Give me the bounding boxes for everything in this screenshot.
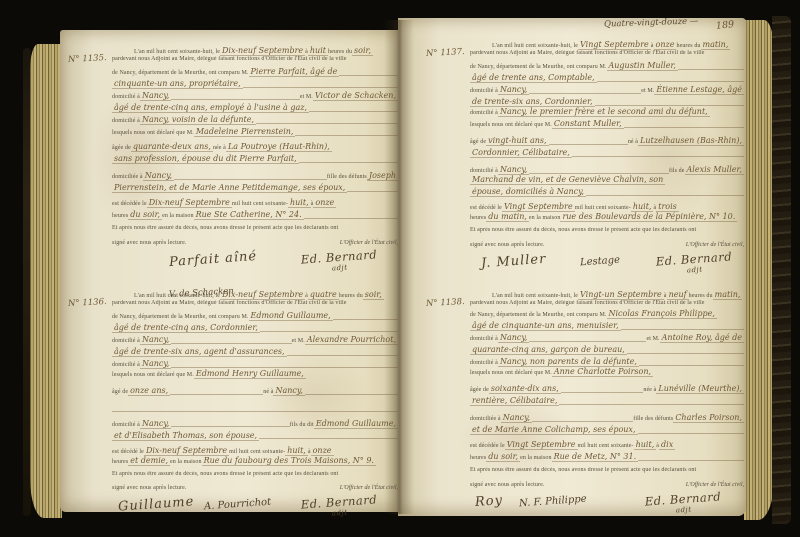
form-line: âgé de trente ans, Comptable, — [470, 71, 744, 83]
printed-form-text: signé avec nous après lecture. — [112, 485, 186, 491]
printed-form-text: mil huit cent soixante- — [578, 443, 634, 449]
handwritten-text: Vingt Septembre — [578, 40, 651, 50]
closing-text-line2: signé avec nous après lecture. L'Officie… — [112, 235, 398, 246]
printed-form-text: en la maison — [170, 459, 202, 465]
printed-form-text: lesquels nous ont déclaré que M. — [470, 370, 552, 376]
record-number: N° 1138. — [426, 297, 465, 309]
printed-form-text: fils du dit — [290, 422, 314, 428]
handwritten-text: huit, — [631, 202, 654, 212]
closing-text-line1: Et après nous être assuré du décès, nous… — [470, 227, 744, 236]
handwritten-text: du soir, — [486, 452, 520, 462]
closing-text-line1: Et après nous être assuré du décès, nous… — [112, 225, 398, 234]
ruled-blank-line — [243, 77, 398, 87]
handwritten-text: Lutzelhausen (Bas-Rhin), — [638, 136, 744, 146]
ruled-blank-line — [309, 101, 398, 111]
form-line: de Nancy, département de la Meurthe, ont… — [470, 59, 744, 71]
book-binding-right — [772, 16, 791, 524]
printed-form-text: est décédé le — [470, 205, 502, 211]
form-line: âgé de trente-cinq ans, Cordonnier, — [112, 321, 398, 333]
handwritten-text: rentière, Célibataire, — [470, 396, 559, 406]
printed-form-text: mil huit cent soixante- — [229, 449, 285, 455]
handwritten-text: Dix-neuf Septembre — [144, 446, 229, 456]
handwritten-text: matin, — [701, 40, 731, 50]
printed-form-text: et M. — [646, 336, 659, 342]
ruled-blank-line — [171, 417, 289, 427]
ruled-blank-line — [339, 65, 398, 75]
handwritten-text: trois — [656, 202, 679, 212]
witness-signature: N. F. Philippe — [519, 493, 587, 509]
closing-text-line2: signé avec nous après lecture. L'Officie… — [470, 237, 744, 248]
form-line: L'an mil huit cent soixante-huit, le Dix… — [112, 46, 398, 56]
signature-title: adjt — [657, 263, 734, 276]
ruled-blank-line — [549, 134, 628, 144]
printed-form-text: pardevant nous Adjoint au Maire, délégué… — [112, 300, 347, 306]
form-line: domicilié à Nancy, et M. Étienne Lestage… — [470, 83, 744, 95]
ruled-blank-line — [529, 83, 641, 93]
printed-form-text: fille des défunts — [633, 416, 673, 422]
death-record: N° 1137.L'an mil huit cent soixante-huit… — [470, 40, 744, 292]
handwritten-text: Anne Charlotte Poirson, — [552, 367, 653, 377]
form-line: domicilié à Nancy, le premier frère et l… — [470, 107, 744, 117]
form-line: quarante-cinq ans, garçon de bureau, — [470, 343, 744, 355]
signatures-row: Parfait aînéEd. BernardadjtV. de Schacke… — [112, 248, 398, 290]
signatures-row: GuillaumeA. PourrichotEd. Bernardadjt — [112, 493, 398, 535]
printed-form-text: domicilié à — [112, 338, 140, 344]
death-record: N° 1138.L'an mil huit cent soixante-huit… — [470, 290, 744, 532]
handwritten-text: neuf — [667, 290, 689, 300]
form-line: domicilié à Nancy, et M. Antoine Roy, âg… — [470, 331, 744, 343]
handwritten-text: Edmond Guillaume, — [249, 311, 333, 321]
form-line: domicilié à Nancy, fils du dit Edmond Gu… — [112, 417, 398, 429]
handwritten-text: quarante-deux ans, — [131, 142, 213, 152]
handwritten-text: Nancy, — [498, 333, 529, 343]
handwritten-text: Augustin Muller, — [607, 61, 678, 71]
printed-form-text: de Nancy, département de la Meurthe, ont… — [112, 70, 249, 76]
handwritten-text: dix — [659, 440, 675, 450]
handwritten-text: Edmond Henry Guillaume, — [194, 369, 306, 379]
form-line: heures et demie, en la maison Rue du fau… — [112, 456, 398, 466]
form-line: âgé de trente-cinq ans, employé à l'usin… — [112, 101, 398, 113]
form-line: Marchand de vin, et de Geneviève Chalvin… — [470, 175, 744, 185]
handwritten-text: Nancy, le premier frère et le second ami… — [498, 107, 710, 117]
spacer — [186, 235, 339, 244]
handwritten-text: âgé de trente-six ans, agent d'assurance… — [112, 347, 287, 357]
printed-form-text: de Nancy, département de la Meurthe, ont… — [470, 312, 607, 318]
ruled-blank-line — [304, 208, 398, 218]
form-line: domiciliée à Nancy, fille des défunts Ch… — [470, 411, 744, 423]
ruled-blank-line — [624, 117, 744, 127]
witness-signature: J. Muller — [481, 252, 547, 272]
printed-form-text: fils de — [669, 168, 685, 174]
printed-form-text: mil huit cent soixante- — [575, 205, 631, 211]
printed-form-text: est décédée le — [112, 201, 147, 207]
ruled-blank-line — [638, 450, 744, 460]
handwritten-text: de trente-six ans, Cordonnier, — [470, 97, 595, 107]
form-line: de Nancy, département de la Meurthe, ont… — [112, 65, 398, 77]
form-line: pardevant nous Adjoint au Maire, délégué… — [112, 56, 398, 65]
handwritten-text: Nancy, — [140, 335, 171, 345]
closing-text-line1: Et après nous être assuré du décès, nous… — [112, 471, 398, 480]
handwritten-text: âgé de cinquante-un ans, menuisier, — [470, 321, 621, 331]
printed-form-text: âgée de — [470, 387, 489, 393]
handwritten-text: sans profession, épouse du dit Pierre Pa… — [112, 154, 299, 164]
handwritten-text: et de Marie Anne Colichamp, ses époux, — [470, 425, 638, 435]
printed-form-text: domicilié à — [470, 336, 498, 342]
officer-signature: Ed. Bernardadjt — [300, 493, 378, 520]
spacer — [544, 477, 685, 486]
ruled-blank-line — [678, 59, 744, 69]
printed-form-text: heures du — [676, 43, 700, 49]
record-number: N° 1135. — [68, 53, 107, 65]
handwritten-text: Cordonnier, Célibataire, — [470, 148, 572, 158]
form-line: et d'Elisabeth Thomas, son épouse, — [112, 429, 398, 441]
page-stack-edge-left — [30, 44, 62, 518]
officer-label: L'Officier de l'État civil, — [686, 242, 744, 248]
handwritten-text: soir, — [352, 46, 373, 56]
form-line: est décédé le Vingt Septembre mil huit c… — [470, 202, 744, 212]
printed-form-text: heures du — [689, 293, 713, 299]
form-line: lesquels nous ont déclaré que M. Anne Ch… — [470, 367, 744, 377]
closing-text-line1: Et après nous être assuré du décès, nous… — [470, 467, 744, 476]
handwritten-text: quarante-cinq ans, garçon de bureau, — [470, 345, 627, 355]
officer-signature: Ed. Bernardadjt — [645, 489, 723, 516]
handwritten-text: Nancy, — [143, 171, 174, 181]
handwritten-text: Victor de Schacken, — [313, 91, 398, 101]
handwritten-text: Vingt-un Septembre — [578, 290, 664, 300]
printed-form-text: en la maison — [520, 455, 552, 461]
form-line: pardevant nous Adjoint au Maire, délégué… — [470, 50, 744, 59]
printed-form-text: domicilié à — [470, 110, 498, 116]
printed-form-text: L'an mil huit cent soixante-huit, le — [492, 293, 578, 299]
printed-form-text: lesquels nous ont déclaré que M. — [112, 372, 194, 378]
form-line: domicilié à Nancy, et M. Alexandre Pourr… — [112, 333, 398, 345]
handwritten-text: du matin, — [486, 212, 529, 222]
handwritten-text: et d'Elisabeth Thomas, son épouse, — [112, 431, 259, 441]
ruled-blank-line — [170, 384, 263, 394]
handwritten-text: Edmond Guillaume, — [314, 419, 398, 429]
printed-form-text: Et après nous être assuré du décès, nous… — [470, 467, 696, 473]
printed-form-text: âgé de — [470, 139, 486, 145]
page-stack-edge-right — [744, 20, 774, 520]
printed-form-text: est décédé le — [112, 449, 144, 455]
printed-form-text: heures — [470, 215, 486, 221]
ruled-blank-line — [256, 113, 398, 123]
printed-form-text: mil huit cent soixante- — [232, 201, 288, 207]
printed-form-text: signé avec nous après lecture. — [470, 482, 544, 488]
handwritten-text: onze — [313, 198, 336, 208]
ruled-blank-line — [595, 95, 744, 105]
closing-text-line2: signé avec nous après lecture. L'Officie… — [470, 477, 744, 488]
handwritten-text: Pierre Parfait, âgé de — [249, 67, 340, 77]
handwritten-text: Nancy, — [498, 165, 529, 175]
witness-signature: A. Pourrichot — [203, 497, 271, 513]
handwritten-text: huit, — [288, 198, 311, 208]
handwritten-text: Vingt Septembre — [505, 440, 578, 450]
handwritten-text: Joseph — [367, 171, 398, 181]
ruled-blank-line — [112, 401, 398, 411]
printed-form-text: en la maison — [162, 213, 194, 219]
form-line: Pierrenstein, et de Marie Anne Petitdema… — [112, 181, 398, 193]
ruled-blank-line — [639, 355, 744, 365]
printed-form-text: L'an mil huit cent soixante-huit, le — [134, 293, 220, 299]
printed-form-text: né à — [628, 139, 638, 145]
signatures-row: RoyN. F. PhilippeEd. Bernardadjt — [470, 490, 744, 532]
printed-form-text: née à — [643, 387, 656, 393]
form-line: de Nancy, département de la Meurthe, ont… — [112, 309, 398, 321]
form-line: sans profession, épouse du dit Pierre Pa… — [112, 152, 398, 164]
printed-form-text: de Nancy, département de la Meurthe, ont… — [112, 314, 249, 320]
handwritten-text: huit, — [285, 446, 308, 456]
form-line: heures du matin, en la maison rue des Bo… — [470, 212, 744, 222]
witness-signature: Guillaume — [117, 495, 194, 515]
signature-title: adjt — [646, 503, 723, 516]
printed-form-text: L'an mil huit cent soixante-huit, le — [134, 49, 220, 55]
printed-form-text: née à — [213, 145, 226, 151]
handwritten-text: vingt-huit ans, — [486, 136, 548, 146]
death-record: N° 1136.L'an mil huit cent soixante-huit… — [112, 290, 398, 535]
handwritten-text: et demie, — [128, 456, 170, 466]
officer-label: L'Officier de l'État civil, — [340, 240, 398, 246]
form-line: L'an mil huit cent soixante-huit, le Vin… — [470, 290, 744, 300]
ruled-blank-line — [171, 357, 398, 367]
printed-form-text: domicilié à — [112, 362, 140, 368]
form-line: de Nancy, département de la Meurthe, ont… — [470, 309, 744, 319]
form-line: âgé de vingt-huit ans, né à Lutzelhausen… — [470, 134, 744, 146]
form-line: est décédée le Vingt Septembre mil huit … — [470, 440, 744, 450]
printed-form-text: lesquels nous ont déclaré que M. — [470, 122, 552, 128]
form-line: lesquels nous ont déclaré que M. Madelei… — [112, 125, 398, 137]
printed-form-text: signé avec nous après lecture. — [112, 240, 186, 246]
handwritten-text: matin, — [713, 290, 743, 300]
signatures-row: J. MullerLestageEd. Bernardadjt — [470, 250, 744, 292]
witness-signature: Parfait aîné — [169, 249, 258, 270]
handwritten-text: cinquante-un ans, propriétaire, — [112, 79, 243, 89]
officer-label: L'Officier de l'État civil, — [340, 485, 398, 491]
witness-signature: Lestage — [579, 254, 620, 268]
form-line: âgé de onze ans, né à Nancy, — [112, 384, 398, 396]
form-line: de trente-six ans, Cordonnier, — [470, 95, 744, 107]
ruled-blank-line — [559, 394, 744, 404]
ruled-blank-line — [171, 89, 299, 99]
handwritten-text: Étienne Lestage, âgé — [654, 85, 744, 95]
printed-form-text: né à — [263, 389, 273, 395]
printed-form-text: et M. — [641, 88, 654, 94]
ruled-blank-line — [299, 152, 398, 162]
officer-signature: Ed. Bernardadjt — [300, 247, 378, 274]
form-line: domiciliée à Nancy, fille des défunts Jo… — [112, 169, 398, 181]
handwritten-text: Lunéville (Meurthe), — [656, 384, 744, 394]
handwritten-text: huit — [308, 46, 328, 56]
ruled-blank-line — [171, 333, 291, 343]
register-book-photo: Quatre-vingt-douze — 189 N° 1135.L'an mi… — [0, 0, 800, 537]
printed-form-text: âgée de — [112, 145, 131, 151]
printed-form-text: fille des défunts — [327, 174, 367, 180]
printed-form-text: est décédée le — [470, 443, 505, 449]
handwritten-text: rue des Boulevards de la Pépinière, N° 1… — [560, 212, 737, 222]
record-number: N° 1136. — [68, 297, 107, 309]
printed-form-text: Et après nous être assuré du décès, nous… — [112, 471, 338, 477]
ruled-blank-line — [174, 169, 327, 179]
signature-title: adjt — [301, 507, 378, 520]
record-number: N° 1137. — [426, 47, 465, 59]
printed-form-text: domicilié à — [470, 168, 498, 174]
witness-signature: Roy — [475, 493, 504, 510]
ruled-blank-line — [305, 384, 398, 394]
handwritten-text: Nancy, — [140, 359, 171, 369]
form-line: âgée de soixante-dix ans, née à Lunévill… — [470, 382, 744, 394]
ruled-blank-line — [572, 146, 744, 156]
handwritten-text: Charles Poirson, — [673, 413, 744, 423]
handwritten-text: Dix-neuf Septembre — [220, 290, 305, 300]
handwritten-text: Nancy, — [273, 386, 304, 396]
form-line: épouse, domiciliés à Nancy, — [470, 185, 744, 197]
handwritten-text: Nancy, — [498, 85, 529, 95]
printed-form-text: et M. — [300, 94, 313, 100]
folio-number: 189 — [715, 19, 734, 32]
handwritten-text: Marchand de vin, et de Geneviève Chalvin… — [470, 175, 665, 185]
form-line: heures du soir, en la maison Rue Ste Cat… — [112, 208, 398, 220]
ruled-blank-line — [621, 319, 744, 329]
handwritten-text: Alexandre Pourrichot, — [305, 335, 398, 345]
handwritten-text: Dix-neuf Septembre — [220, 46, 305, 56]
handwritten-text: Alexis Muller, — [685, 165, 744, 175]
handwritten-text: épouse, domiciliés à Nancy, — [470, 187, 586, 197]
form-line: cinquante-un ans, propriétaire, — [112, 77, 398, 89]
printed-form-text: domicilié à — [112, 94, 140, 100]
officer-signature: Ed. Bernardadjt — [656, 249, 734, 276]
form-line: pardevant nous Adjoint au Maire, délégué… — [470, 300, 744, 309]
death-record: N° 1135.L'an mil huit cent soixante-huit… — [112, 46, 398, 290]
ruled-blank-line — [627, 343, 744, 353]
printed-form-text: en la maison — [529, 215, 561, 221]
handwritten-text: huit, — [634, 440, 657, 450]
ruled-blank-line — [529, 331, 646, 341]
ruled-blank-line — [561, 382, 644, 392]
handwritten-text: Nancy, — [501, 413, 532, 423]
form-line: et de Marie Anne Colichamp, ses époux, — [470, 423, 744, 435]
handwritten-text: du soir, — [128, 210, 162, 220]
printed-form-text: domiciliée à — [112, 174, 143, 180]
spacer — [544, 237, 685, 246]
printed-form-text: Et après nous être assuré du décès, nous… — [470, 227, 696, 233]
ruled-blank-line — [586, 185, 744, 195]
printed-form-text: heures — [112, 459, 128, 465]
handwritten-text: soir, — [363, 290, 384, 300]
handwritten-text: âgé de trente-cinq ans, Cordonnier, — [112, 323, 260, 333]
ruled-blank-line — [287, 345, 398, 355]
form-line: heures du soir, en la maison Rue de Metz… — [470, 450, 744, 462]
printed-form-text: lesquels nous ont déclaré que M. — [112, 130, 194, 136]
handwritten-text: Nicolas François Philippe, — [607, 309, 717, 319]
spacer — [186, 480, 339, 489]
ruled-blank-line — [260, 321, 398, 331]
closing-text-line2: signé avec nous après lecture. L'Officie… — [112, 480, 398, 491]
printed-form-text: domicilié à — [112, 118, 140, 124]
handwritten-text: âgé de trente ans, Comptable, — [470, 73, 597, 83]
handwritten-text: Rue de Metz, N° 31. — [552, 452, 639, 462]
printed-form-text: pardevant nous Adjoint au Maire, délégué… — [112, 56, 347, 62]
handwritten-text: Nancy, — [140, 419, 171, 429]
form-line: âgé de cinquante-un ans, menuisier, — [470, 319, 744, 331]
ruled-blank-line — [638, 423, 745, 433]
printed-form-text: heures du — [328, 49, 352, 55]
printed-form-text: heures du — [339, 293, 363, 299]
form-line: est décédée le Dix-neuf Septembre mil hu… — [112, 198, 398, 208]
printed-form-text: signé avec nous après lecture. — [470, 242, 544, 248]
printed-form-text: Et après nous être assuré du décès, nous… — [112, 225, 338, 231]
form-line: âgée de quarante-deux ans, née à La Pout… — [112, 142, 398, 152]
handwritten-text: La Poutroye (Haut-Rhin), — [226, 142, 332, 152]
printed-form-text: et M. — [292, 338, 305, 344]
printed-form-text: pardevant nous Adjoint au Maire, délégué… — [470, 50, 705, 56]
handwritten-text: Antoine Roy, âgé de — [660, 333, 744, 343]
ruled-blank-line — [347, 181, 398, 191]
form-line: rentière, Célibataire, — [470, 394, 744, 406]
handwritten-text: Madeleine Pierrenstein, — [194, 127, 296, 137]
form-line: Cordonnier, Célibataire, — [470, 146, 744, 158]
printed-form-text: heures — [112, 213, 128, 219]
handwritten-text: onze — [311, 446, 334, 456]
form-line: L'an mil huit cent soixante-huit, le Dix… — [112, 290, 398, 300]
form-line: lesquels nous ont déclaré que M. Constan… — [470, 117, 744, 129]
form-line: domicilié à Nancy, et M. Victor de Schac… — [112, 89, 398, 101]
form-line — [112, 401, 398, 411]
handwritten-text: Nancy, voisin de la défunte, — [140, 115, 256, 125]
handwritten-text: Rue Ste Catherine, N° 24. — [194, 210, 304, 220]
handwritten-text: soixante-dix ans, — [489, 384, 561, 394]
printed-form-text: domicilié à — [112, 422, 140, 428]
form-line: domicilié à Nancy, voisin de la défunte, — [112, 113, 398, 125]
printed-form-text: L'an mil huit cent soixante-huit, le — [492, 43, 578, 49]
handwritten-text: Rue du faubourg des Trois Maisons, N° 9. — [202, 456, 376, 466]
printed-form-text: domiciliée à — [470, 416, 501, 422]
form-line: pardevant nous Adjoint au Maire, délégué… — [112, 300, 398, 309]
form-line: domicilié à Nancy, non parents de la déf… — [470, 355, 744, 367]
form-line: domicilié à Nancy, fils de Alexis Muller… — [470, 163, 744, 175]
signature-title: adjt — [301, 261, 378, 274]
printed-form-text: domicilié à — [470, 360, 498, 366]
form-line: âgé de trente-six ans, agent d'assurance… — [112, 345, 398, 357]
handwritten-text: Constant Muller, — [552, 119, 624, 129]
printed-form-text: heures — [470, 455, 486, 461]
ruled-blank-line — [597, 71, 744, 81]
handwritten-text: âgé de trente-cinq ans, employé à l'usin… — [112, 103, 309, 113]
handwritten-text: Nancy, — [140, 91, 171, 101]
officer-label: L'Officier de l'État civil, — [686, 482, 744, 488]
handwritten-text: onze — [654, 40, 677, 50]
handwritten-text: onze ans, — [128, 386, 170, 396]
form-line: est décédé le Dix-neuf Septembre mil hui… — [112, 446, 398, 456]
handwritten-text: Dix-neuf Septembre — [147, 198, 232, 208]
printed-form-text: âgé de — [112, 389, 128, 395]
handwritten-text: quatre — [308, 290, 339, 300]
handwritten-text: Nancy, non parents de la défunte, — [498, 357, 639, 367]
ruled-blank-line — [259, 429, 398, 439]
ruled-blank-line — [532, 411, 633, 421]
ruled-blank-line — [529, 163, 669, 173]
ruled-blank-line — [333, 309, 398, 319]
printed-form-text: domicilié à — [470, 88, 498, 94]
handwritten-text: Vingt Septembre — [502, 202, 575, 212]
form-line: lesquels nous ont déclaré que M. Edmond … — [112, 369, 398, 379]
printed-form-text: de Nancy, département de la Meurthe, ont… — [470, 64, 607, 70]
printed-form-text: pardevant nous Adjoint au Maire, délégué… — [470, 300, 705, 306]
handwritten-text: Pierrenstein, et de Marie Anne Petitdema… — [112, 183, 347, 193]
form-line: domicilié à Nancy, — [112, 357, 398, 369]
ruled-blank-line — [295, 125, 398, 135]
form-line: L'an mil huit cent soixante-huit, le Vin… — [470, 40, 744, 50]
